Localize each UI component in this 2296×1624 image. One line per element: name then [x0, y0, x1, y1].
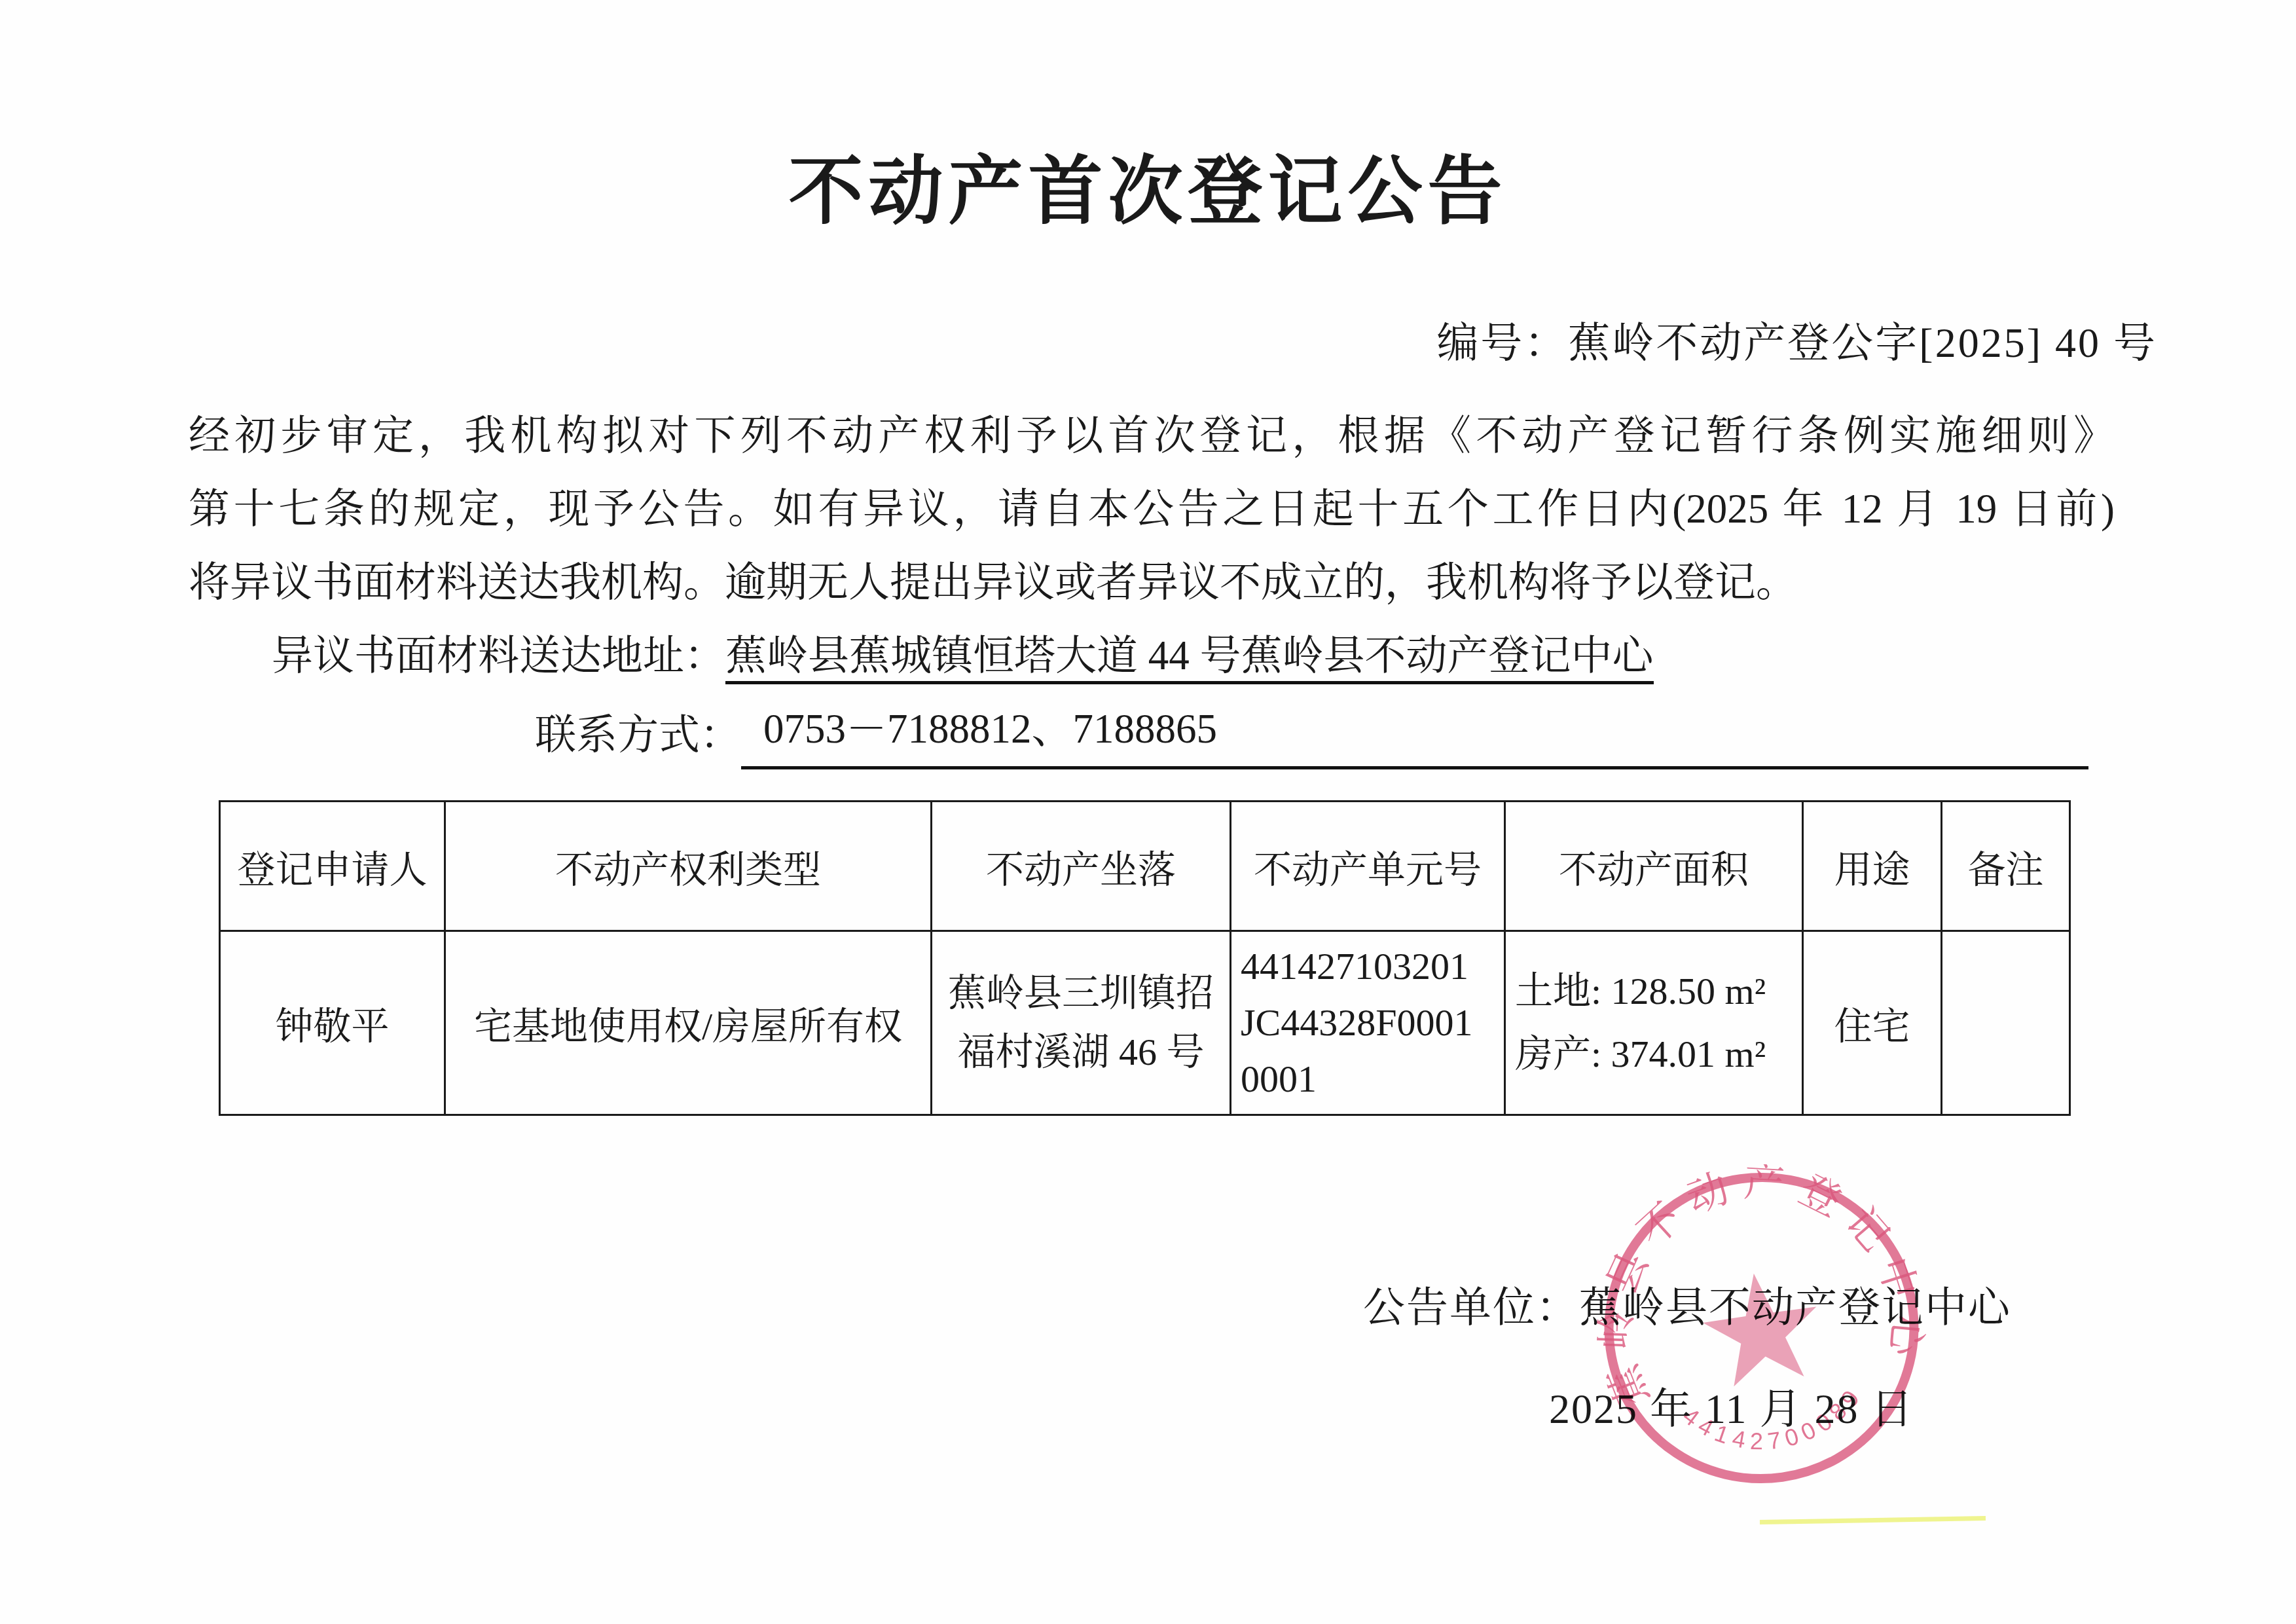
header-applicant: 登记申请人: [220, 802, 445, 931]
unit-number-line: 441427103201: [1241, 938, 1495, 995]
header-unit-number: 不动产单元号: [1231, 802, 1505, 931]
unit-number-line: 0001: [1241, 1051, 1495, 1107]
header-usage: 用途: [1803, 802, 1942, 931]
highlighter-artifact: [1760, 1516, 1986, 1524]
announcement-document: 不动产首次登记公告 编号：蕉岭不动产登公字[2025] 40 号 经初步审定，我…: [0, 0, 2296, 1624]
cell-usage: 住宅: [1803, 931, 1942, 1115]
contact-value: 0753－7188812、7188865: [741, 694, 2088, 769]
header-location: 不动产坐落: [932, 802, 1231, 931]
body-paragraph-line-2: 第十七条的规定，现予公告。如有异议，请自本公告之日起十五个工作日内(2025 年…: [189, 474, 2115, 544]
unit-number-line: JC44328F0001: [1241, 995, 1495, 1051]
area-land-line: 土地: 128.50 m²: [1515, 960, 1793, 1023]
body-paragraph-line-3: 将异议书面材料送达我机构。逾期无人提出异议或者异议不成立的，我机构将予以登记。: [189, 547, 2115, 617]
cell-remark: [1942, 931, 2070, 1115]
cell-applicant: 钟敬平: [220, 931, 445, 1115]
official-seal-stamp: 蕉岭县不动产登记中心 44142700089: [1596, 1164, 1927, 1492]
table-header-row: 登记申请人 不动产权利类型 不动产坐落 不动产单元号 不动产面积 用途 备注: [220, 802, 2070, 931]
registration-table: 登记申请人 不动产权利类型 不动产坐落 不动产单元号 不动产面积 用途 备注 钟…: [219, 800, 2071, 1116]
address-label: 异议书面材料送达地址：: [272, 633, 725, 678]
area-house-line: 房产: 374.01 m²: [1515, 1023, 1793, 1086]
cell-location: 蕉岭县三圳镇招福村溪湖 46 号: [932, 931, 1231, 1115]
address-line: 异议书面材料送达地址：蕉岭县蕉城镇恒塔大道 44 号蕉岭县不动产登记中心: [272, 621, 1654, 690]
page-title: 不动产首次登记公告: [0, 131, 2296, 238]
cell-unit-number: 441427103201 JC44328F0001 0001: [1231, 931, 1505, 1115]
cell-area: 土地: 128.50 m² 房产: 374.01 m²: [1505, 931, 1803, 1115]
header-area: 不动产面积: [1505, 802, 1803, 931]
contact-line: 联系方式： 0753－7188812、7188865: [535, 694, 2088, 769]
address-value: 蕉岭县蕉城镇恒塔大道 44 号蕉岭县不动产登记中心: [725, 633, 1654, 684]
body-paragraph-line-1: 经初步审定，我机构拟对下列不动产权利予以首次登记，根据《不动产登记暂行条例实施细…: [189, 401, 2115, 470]
doc-number-line: 编号：蕉岭不动产登公字[2025] 40 号: [1436, 309, 2157, 369]
contact-label: 联系方式：: [535, 700, 741, 769]
header-remark: 备注: [1942, 802, 2070, 931]
table-row: 钟敬平 宅基地使用权/房屋所有权 蕉岭县三圳镇招福村溪湖 46 号 441427…: [220, 931, 2070, 1115]
seal-star-icon: [1697, 1266, 1825, 1390]
cell-right-type: 宅基地使用权/房屋所有权: [445, 931, 932, 1115]
header-right-type: 不动产权利类型: [445, 802, 932, 931]
